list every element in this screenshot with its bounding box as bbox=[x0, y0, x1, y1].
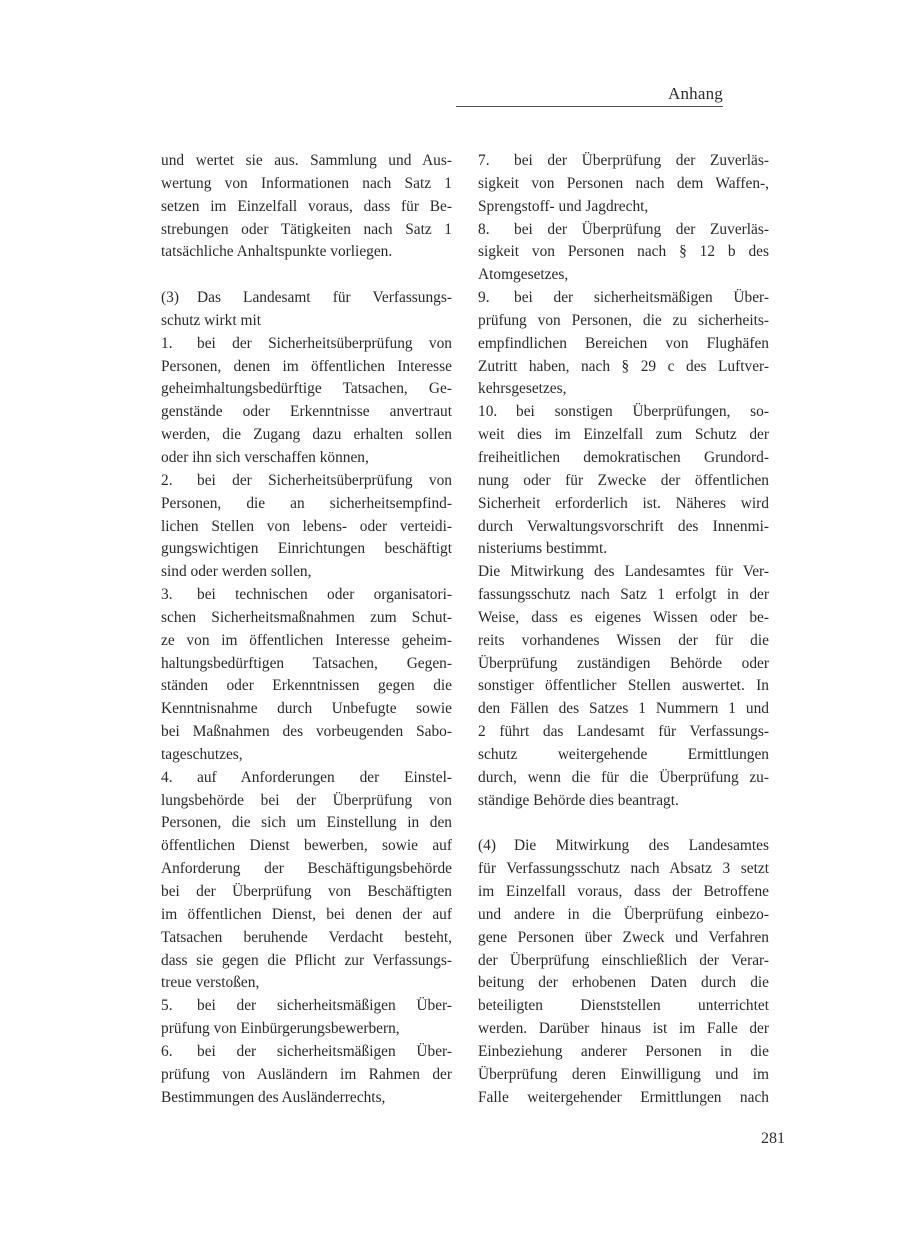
text-line: 2 führt das Landesamt für Verfassungs- bbox=[478, 721, 769, 744]
text-line: Personen, die sich um Einstellung in den bbox=[161, 812, 452, 835]
text-line: Überprüfung deren Einwilligung und im bbox=[478, 1064, 769, 1087]
text-line: sigkeit von Personen nach § 12 b des bbox=[478, 241, 769, 264]
list-item-7-start: 7.bei der Überprüfung der Zuverläs- bbox=[478, 150, 769, 173]
text-line: bei sonstigen Überprüfungen, so- bbox=[516, 403, 769, 420]
text-line: kehrsgesetzes, bbox=[478, 378, 769, 401]
left-column: und wertet sie aus. Sammlung und Aus- we… bbox=[161, 150, 452, 1109]
text-line: Die Mitwirkung des Landesamtes für Ver- bbox=[478, 561, 769, 584]
text-line: öffentlichen Dienst bewerben, sowie auf bbox=[161, 835, 452, 858]
text-line: durch, wenn die für die Überprüfung zu- bbox=[478, 767, 769, 790]
item-number: 6. bbox=[161, 1041, 197, 1064]
text-line: wertung von Informationen nach Satz 1 bbox=[161, 173, 452, 196]
text-line: Anforderung der Beschäftigungsbehörde bbox=[161, 858, 452, 881]
text-line: Überprüfung zuständigen Behörde oder bbox=[478, 653, 769, 676]
paragraph-4-start: (4)Die Mitwirkung des Landesamtes bbox=[478, 835, 769, 858]
text-line: der Überprüfung einschließlich der Verar… bbox=[478, 950, 769, 973]
text-line: Einbeziehung anderer Personen in die bbox=[478, 1041, 769, 1064]
text-line: oder ihn sich verschaffen können, bbox=[161, 447, 452, 470]
item-number: 7. bbox=[478, 150, 514, 173]
text-line: haltungsbedürftigen Tatsachen, Gegen- bbox=[161, 653, 452, 676]
text-line: strebungen oder Tätigkeiten nach Satz 1 bbox=[161, 219, 452, 242]
text-line: fassungsschutz nach Satz 1 erfolgt in de… bbox=[478, 584, 769, 607]
text-line: Atomgesetzes, bbox=[478, 264, 769, 287]
text-line: setzen im Einzelfall voraus, dass für Be… bbox=[161, 196, 452, 219]
item-number: 1. bbox=[161, 333, 197, 356]
list-item-6-start: 6.bei der sicherheitsmäßigen Über- bbox=[161, 1041, 452, 1064]
paragraph-3-start: (3)Das Landesamt für Verfassungs- bbox=[161, 287, 452, 310]
item-number: 3. bbox=[161, 584, 197, 607]
item-number: 5. bbox=[161, 995, 197, 1018]
text-line: lungsbehörde bei der Überprüfung von bbox=[161, 790, 452, 813]
text-line: lichen Stellen von lebens- oder verteidi… bbox=[161, 516, 452, 539]
text-line: beitung der erhobenen Daten durch die bbox=[478, 972, 769, 995]
text-line: freiheitlichen demokratischen Grundord- bbox=[478, 447, 769, 470]
text-line: bei der Überprüfung der Zuverläs- bbox=[514, 152, 769, 169]
text-line: prüfung von Personen, die zu sicherheits… bbox=[478, 310, 769, 333]
item-number: 4. bbox=[161, 767, 197, 790]
text-line: bei der Überprüfung der Zuverläs- bbox=[514, 221, 769, 238]
text-line: ständige Behörde dies beantragt. bbox=[478, 790, 769, 813]
text-line: nung oder für Zwecke der öffentlichen bbox=[478, 470, 769, 493]
text-line: Falle weitergehender Ermittlungen nach bbox=[478, 1087, 769, 1110]
text-line: ze von im öffentlichen Interesse geheim- bbox=[161, 630, 452, 653]
text-line: und andere in die Überprüfung einbezo- bbox=[478, 904, 769, 927]
text-line: durch Verwaltungsvorschrift des Innenmi- bbox=[478, 516, 769, 539]
text-line: bei der sicherheitsmäßigen Über- bbox=[514, 289, 769, 306]
text-line: bei Maßnahmen des vorbeugenden Sabo- bbox=[161, 721, 452, 744]
paragraph-gap bbox=[478, 812, 769, 835]
text-line: prüfung von Einbürgerungsbewerbern, bbox=[161, 1018, 452, 1041]
list-item-9-start: 9.bei der sicherheitsmäßigen Über- bbox=[478, 287, 769, 310]
header-rule bbox=[456, 106, 723, 107]
list-item-2-start: 2.bei der Sicherheitsüberprüfung von bbox=[161, 470, 452, 493]
text-line: reits vorhandenes Wissen der für die bbox=[478, 630, 769, 653]
text-line: bei der Überprüfung von Beschäftigten bbox=[161, 881, 452, 904]
text-line: Das Landesamt für Verfassungs- bbox=[197, 289, 452, 306]
paragraph-marker: (3) bbox=[161, 287, 197, 310]
text-line: beteiligten Dienststellen unterrichtet bbox=[478, 995, 769, 1018]
text-line: tageschutzes, bbox=[161, 744, 452, 767]
text-line: prüfung von Ausländern im Rahmen der bbox=[161, 1064, 452, 1087]
item-number: 10. bbox=[478, 401, 516, 424]
paragraph-gap bbox=[161, 264, 452, 287]
text-line: sonstiger öffentlicher Stellen auswertet… bbox=[478, 675, 769, 698]
text-line: Personen, denen im öffentlichen Interess… bbox=[161, 356, 452, 379]
text-line: schen Sicherheitsmaßnahmen zum Schut- bbox=[161, 607, 452, 630]
text-line: Bestimmungen des Ausländerrechts, bbox=[161, 1087, 452, 1110]
text-line: bei technischen oder organisatori- bbox=[197, 586, 452, 603]
list-item-8-start: 8.bei der Überprüfung der Zuverläs- bbox=[478, 219, 769, 242]
text-line: im Einzelfall voraus, dass der Betroffen… bbox=[478, 881, 769, 904]
text-line: bei der sicherheitsmäßigen Über- bbox=[197, 997, 452, 1014]
item-number: 8. bbox=[478, 219, 514, 242]
list-item-5-start: 5.bei der sicherheitsmäßigen Über- bbox=[161, 995, 452, 1018]
list-item-3-start: 3.bei technischen oder organisatori- bbox=[161, 584, 452, 607]
text-line: Weise, dass es eigenes Wissen oder be- bbox=[478, 607, 769, 630]
item-number: 2. bbox=[161, 470, 197, 493]
text-line: weit dies im Einzelfall zum Schutz der bbox=[478, 424, 769, 447]
text-line: sind oder werden sollen, bbox=[161, 561, 452, 584]
text-line: Sprengstoff- und Jagdrecht, bbox=[478, 196, 769, 219]
right-column: 7.bei der Überprüfung der Zuverläs- sigk… bbox=[478, 150, 769, 1109]
text-line: geheimhaltungsbedürftige Tatsachen, Ge- bbox=[161, 378, 452, 401]
list-item-1-start: 1.bei der Sicherheitsüberprüfung von bbox=[161, 333, 452, 356]
paragraph-marker: (4) bbox=[478, 835, 514, 858]
list-item-4-start: 4.auf Anforderungen der Einstel- bbox=[161, 767, 452, 790]
text-line: im öffentlichen Dienst, bei denen der au… bbox=[161, 904, 452, 927]
text-line: Personen, die an sicherheitsempfind- bbox=[161, 493, 452, 516]
list-item-10-start: 10.bei sonstigen Überprüfungen, so- bbox=[478, 401, 769, 424]
text-line: bei der Sicherheitsüberprüfung von bbox=[197, 335, 452, 352]
text-line: sigkeit von Personen nach dem Waffen-, bbox=[478, 173, 769, 196]
text-line: Kenntnisnahme durch Unbefugte sowie bbox=[161, 698, 452, 721]
text-line: bei der sicherheitsmäßigen Über- bbox=[197, 1043, 452, 1060]
text-line: tatsächliche Anhaltspunkte vorliegen. bbox=[161, 241, 452, 264]
page-number: 281 bbox=[740, 1130, 785, 1148]
text-line: für Verfassungsschutz nach Absatz 3 setz… bbox=[478, 858, 769, 881]
text-line: gene Personen über Zweck und Verfahren bbox=[478, 927, 769, 950]
text-line: den Fällen des Satzes 1 Nummern 1 und bbox=[478, 698, 769, 721]
text-line: empfindlichen Bereichen von Flughäfen bbox=[478, 333, 769, 356]
text-line: dass sie gegen die Pflicht zur Verfassun… bbox=[161, 950, 452, 973]
text-line: Tatsachen beruhende Verdacht besteht, bbox=[161, 927, 452, 950]
item-number: 9. bbox=[478, 287, 514, 310]
text-line: nisteriums bestimmt. bbox=[478, 538, 769, 561]
running-head: Anhang bbox=[456, 84, 723, 104]
text-line: genstände oder Erkenntnisse anvertraut bbox=[161, 401, 452, 424]
text-line: Zutritt haben, nach § 29 c des Luftver- bbox=[478, 356, 769, 379]
text-line: bei der Sicherheitsüberprüfung von bbox=[197, 472, 452, 489]
text-line: treue verstoßen, bbox=[161, 972, 452, 995]
text-line: gungswichtigen Einrichtungen beschäftigt bbox=[161, 538, 452, 561]
text-line: Sicherheit erforderlich ist. Näheres wir… bbox=[478, 493, 769, 516]
text-line: werden. Darüber hinaus ist im Falle der bbox=[478, 1018, 769, 1041]
text-line: Die Mitwirkung des Landesamtes bbox=[514, 837, 769, 854]
text-line: ständen oder Erkenntnissen gegen die bbox=[161, 675, 452, 698]
text-line: schutz weitergehende Ermittlungen bbox=[478, 744, 769, 767]
text-line: auf Anforderungen der Einstel- bbox=[197, 769, 452, 786]
text-line: schutz wirkt mit bbox=[161, 310, 452, 333]
text-line: und wertet sie aus. Sammlung und Aus- bbox=[161, 150, 452, 173]
text-line: werden, die Zugang dazu erhalten sollen bbox=[161, 424, 452, 447]
